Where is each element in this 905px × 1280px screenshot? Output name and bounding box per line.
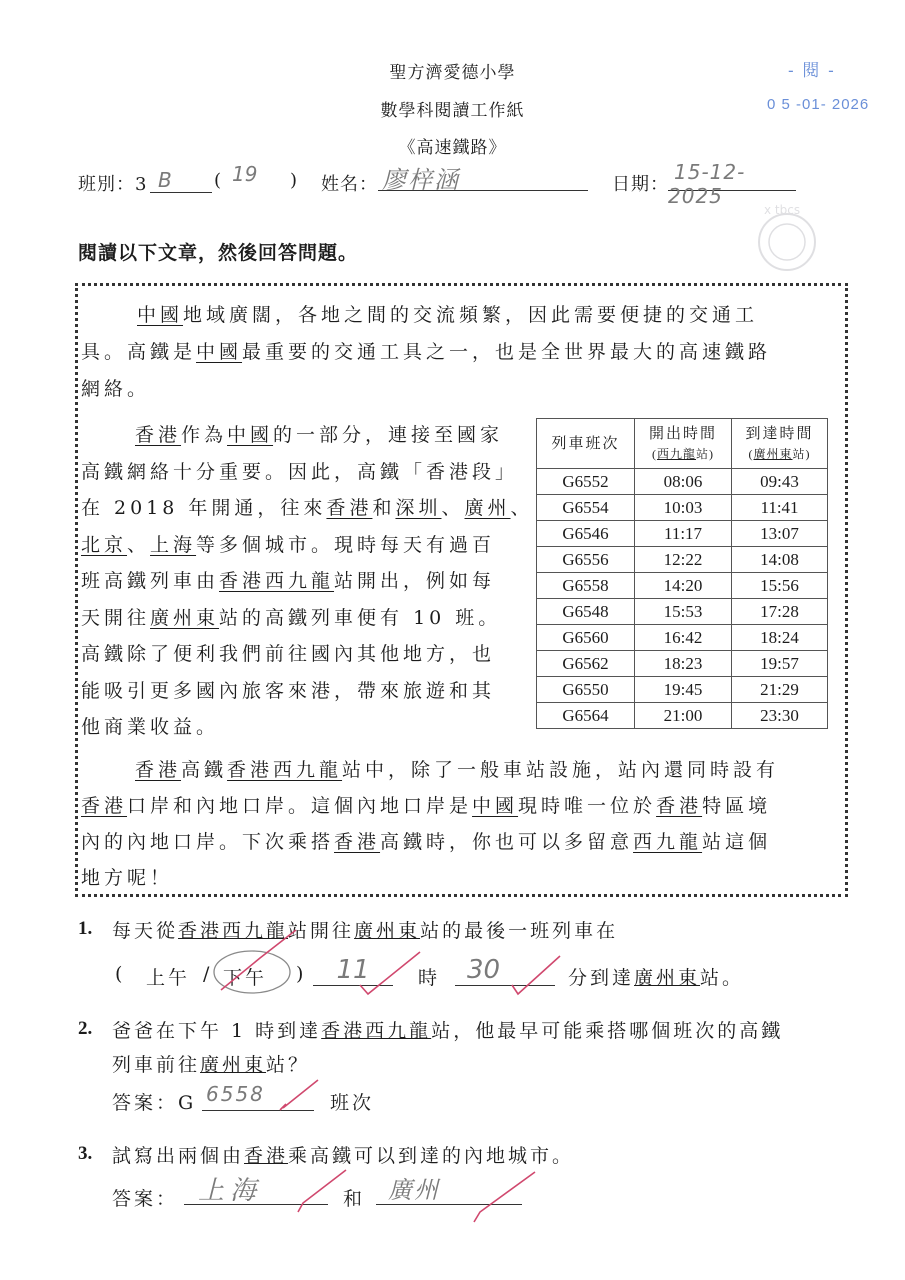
red-check-icon bbox=[512, 956, 560, 994]
red-check-icon bbox=[221, 930, 296, 990]
red-check-icon bbox=[474, 1172, 535, 1222]
red-check-icon bbox=[280, 1080, 318, 1110]
grading-marks-overlay bbox=[0, 0, 905, 1280]
red-check-icon bbox=[298, 1170, 346, 1212]
red-check-icon bbox=[360, 952, 420, 994]
